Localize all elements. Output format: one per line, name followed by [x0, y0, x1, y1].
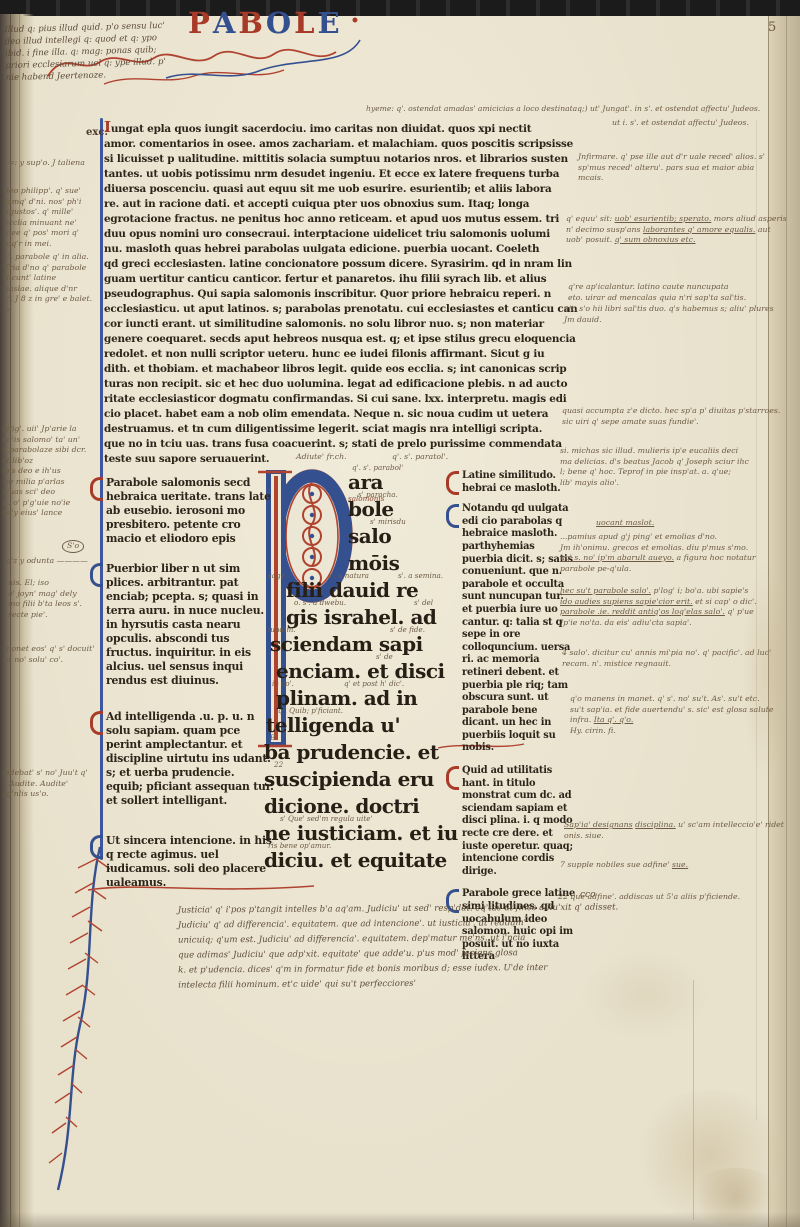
right-margin-note-line-segment: eto. uirar ad mencalas quia n'ri sap'ta … [568, 293, 746, 302]
right-margin-note-line: sp'mus reced' alteru'. pars sua et maior… [578, 163, 765, 174]
right-margin-note-line-segment: Sap'ia' designans [564, 820, 633, 829]
left-margin-note-line: tamq' d'ni. nos' ph'i [4, 197, 81, 208]
prologue-initial: I [104, 118, 111, 136]
interlinear-gloss: s' de fide. [390, 625, 425, 634]
title-letter-b: B [238, 6, 266, 40]
right-margin-note-line: uocant maslot. [596, 518, 654, 529]
left-margin-note-line-segment: tamq' d'ni. nos' ph'i [4, 197, 81, 206]
left-margin-note-line-segment: ag'nlis us'o. [2, 789, 48, 798]
prologue-line: redolet. et non nulli scriptor ueteru. h… [104, 347, 566, 362]
page-title-parabole: PABOLE • [188, 6, 362, 40]
left-margin-note-line: deo philipp'. q' sue' [4, 186, 81, 197]
prologue-line: ecclesiasticu. ut aput latinos. s; parab… [104, 302, 566, 317]
bottom-note-line-segment: equitatem. [362, 934, 409, 944]
interlinear-note-line: q'. s'. paratol'. [392, 452, 448, 463]
feather-flourish [38, 845, 118, 1195]
paraph-mark-blue [90, 835, 103, 859]
interlinear-note: q'. s'. paratol'. [392, 452, 448, 463]
left-margin-note-line: loq'r in mei. [4, 239, 81, 250]
right-margin-note-line: hec su't parabole salo'. p'log' i; bo'a.… [560, 586, 757, 597]
gloss-paragraph: Puerbior liber n ut sim plices. arbitran… [106, 562, 274, 688]
prologue-line: genere coequaret. secds aput hebreos nus… [104, 332, 566, 347]
gloss-paragraph: Ut sincera intencione. in his q recte ag… [106, 834, 274, 890]
left-margin-note-line-segment: no'is salomo' ta' un' [2, 435, 80, 444]
bottom-note-line-segment: iusticia'. [439, 918, 476, 928]
corner-annotation: Illud q: pius illud quid. p'o sensu luc'… [4, 20, 166, 84]
central-text: ba prudencie. et [264, 740, 439, 764]
jerome-prologue-block: Iungat epla quos iungit sacerdociu. imo … [104, 120, 566, 467]
right-margin-note: Sap'ia' designans disciplina. u' sc'am i… [564, 820, 784, 841]
right-margin-note-line-segment: mors aliud asperis [711, 214, 786, 223]
left-margin-note-line-segment: dc'y eius' lance [2, 508, 62, 517]
left-margin-note-line-segment: a parabolaze sibi dcr. [2, 445, 86, 454]
left-margin-note-line-segment: =: y sup'o. J taliena [8, 158, 85, 167]
right-margin-note-line-segment: uocant maslot. [596, 518, 654, 527]
interlinear-gloss: o. s'. a dwebu. [294, 598, 346, 607]
paraph-mark-red [446, 766, 459, 790]
left-margin-note-line-segment: Tria d'no q' parabole [4, 263, 86, 272]
right-margin-note-line: q' equu' sit: uob' esurientib; sperato. … [566, 214, 787, 225]
right-margin-note-line-segment: parabole .ie. reddit antiq'os loq'elas s… [560, 607, 725, 616]
bottom-note-line-segment: equitatem. [292, 919, 339, 929]
bottom-note-line-segment: que ad intencione'. ut [339, 919, 439, 930]
right-margin-note-line-segment: p'log' i; bo'a. ubi sapie's [651, 586, 748, 595]
right-margin-note: 7 supple nobiles sue adfine' sue. [560, 860, 688, 871]
folio-number: 5 [768, 20, 776, 35]
left-gloss-column: Parabole salomonis secd hebraica ueritat… [106, 476, 274, 890]
interlinear-note-line-segment: q'. s'. paratol'. [392, 452, 448, 461]
left-margin-note-line: S'o [67, 541, 79, 552]
left-margin-note-line-segment: mo filii b'ta leos s'. [8, 599, 82, 608]
interlinear-note-line: Adiute' fr.ch. [296, 452, 347, 463]
page-edge-line [786, 16, 787, 1227]
bottom-note-line-segment: que adde'u. p'us mod' faciens glosa [361, 948, 518, 959]
right-margin-note-line-segment: sue. [672, 860, 688, 869]
gloss-paragraph-text: Notandu qd uulgata edi cio parabolas q h… [462, 503, 573, 753]
right-margin-note-line-segment: su't sap'ia. et fide auertendu' s. sic' … [570, 705, 773, 714]
right-margin-note-line-segment: no' s. no' ip'm abarult aueyo. [560, 553, 674, 562]
left-margin-note-line-segment: et no' solu' co'. [4, 655, 63, 664]
title-letter-e: E [318, 6, 343, 40]
right-margin-note-line-segment: Hy. cirin. fi. [570, 726, 616, 735]
interlinear-gloss: B [270, 733, 275, 742]
left-margin-note-line: = [4, 305, 92, 316]
paraph-mark-blue [90, 563, 103, 587]
right-margin-note-line: sic uiri q' sepe amate suas fundie'. [562, 417, 780, 428]
prologue-line: ritate ecclesiasticor dogmatu confirmand… [104, 392, 566, 407]
right-margin-note-line-segment: n' decimo susp'ans [566, 225, 643, 234]
left-margin-note-line: dc'y eius' lance [2, 508, 86, 519]
right-gloss-column: Latine similitudo. hebrai ce masloth.Not… [462, 470, 576, 964]
right-margin-note-line-segment: l; bene q' hoc. Teprof in pie insp'at. a… [560, 467, 731, 476]
left-margin-note: uidebat' s' no' Juu't q''. Audite. Audit… [2, 768, 88, 800]
bottom-note-line-segment: Judiciu' [233, 950, 266, 960]
interlinear-gloss: s' del [414, 598, 433, 607]
central-text-line: sciendam sapiiundim.s' de fide. [262, 632, 458, 659]
gloss-paragraph: Quid ad utilitatis hant. in titulo monst… [462, 765, 576, 878]
bottom-note-line-segment: Judiciu' [178, 920, 211, 930]
right-margin-note-line-segment: parabole pe-q'ula. [560, 564, 631, 573]
right-margin-note-line-segment: q're ap'icalantur. latino caute nuncupat… [568, 282, 729, 291]
right-margin-note: uocant maslot. [596, 518, 654, 529]
left-margin-note-line: dicunt' latine [4, 273, 92, 284]
left-margin-note-line-segment: lois deo e ih'us [2, 466, 61, 475]
prologue-line: pseudographus. Qui sapia salomonis inscr… [104, 287, 566, 302]
right-margin-note-line-segment: ma delicias. d's beatus Jacob q' Joseph … [560, 457, 749, 466]
interlinear-gloss: iundim. [268, 625, 296, 634]
title-letter-a: A [213, 6, 239, 40]
right-margin-note-line-segment: Jnfirmare. q' pse ille aut d'r uale rece… [578, 152, 765, 161]
left-margin-note-line: recte pie'. [8, 610, 82, 621]
bottom-note-line-segment: unicuiq; q'um est. [178, 935, 259, 946]
prologue-line: re. aut in racione dati. et accepti cuiq… [104, 197, 566, 212]
central-text-line: telligenda u'q'. Quib; p'ficiant. [262, 713, 458, 740]
right-margin-note: Jnfirmare. q' pse ille aut d'r uale rece… [578, 152, 765, 184]
bottom-note-line-segment: que adp'xit. [266, 950, 323, 960]
central-text-line: salos' mirisdu [262, 524, 458, 551]
prologue-line: guam uertitur canticu canticor. fertur e… [104, 272, 566, 287]
right-margin-note-line: ut i. s'. et ostendat affectu' Judeos. [612, 118, 749, 129]
interlinear-gloss: s' mirisdu [370, 517, 406, 526]
right-margin-note-line: q'o manens in manet. q' s'. no' su't. As… [570, 694, 773, 705]
gloss-paragraph-text: Latine similitudo. hebrai ce masloth. [462, 470, 560, 494]
left-margin-note-line-segment: S'o [67, 541, 79, 550]
prologue-line: qd greci ecclesiasten. latine concionato… [104, 257, 566, 272]
left-margin-note-line-segment: q'uas sci' deo [2, 487, 55, 496]
gloss-paragraph: Parabole salomonis secd hebraica ueritat… [106, 476, 274, 546]
right-margin-note-line: eto. uirar ad mencalas quia n'ri sap'ta … [568, 293, 746, 304]
right-margin-note-line-segment: sic uiri q' sepe amate suas fundie'. [562, 417, 699, 426]
right-margin-note: q' equu' sit: uob' esurientib; sperato. … [566, 214, 787, 246]
right-margin-note-line: 22 que adfine'. addiscas ut 5'a aliis p'… [558, 892, 740, 903]
interlinear-gloss: 22 [274, 760, 283, 769]
right-margin-note-line-segment: onis. siue. [564, 831, 604, 840]
interlinear-gloss: q'. Quib; p'ficiant. [278, 706, 343, 715]
right-margin-note-line: Jm ih'onimu. grecos et emolias. diu p'mu… [560, 543, 756, 554]
right-margin-note-line: no' s. no' ip'm abarult aueyo. a figura … [560, 553, 756, 564]
paraph-mark-blue [446, 504, 459, 528]
prologue-line: dith. et thobiam. et machabeor libros le… [104, 362, 566, 377]
right-margin-note-line: n' decimo susp'ans laborantes q' amore e… [566, 225, 787, 236]
bottom-note-line-segment: Judiciu' ad differencia'. [259, 934, 360, 945]
left-margin-note-line: et no' solu' co'. [4, 655, 94, 666]
right-margin-note: 4 salo'. dicitur cu' annis mi'pia no'. q… [562, 648, 771, 669]
bottom-note-line-segment: intelecta filii hominum. et'c uide' qui … [178, 979, 416, 991]
left-margin-note-line-segment: o' joyn' mag' dely [8, 589, 77, 598]
prologue-line: duu opus nomini uro consecraui. interpta… [104, 227, 566, 242]
bottom-note-line-segment: Justicia' q' i'pos p'tangit intelles b'a… [178, 902, 619, 915]
left-margin-note-line-segment: loq'r in mei. [4, 239, 52, 248]
left-margin-note-line-segment: deo philipp'. q' sue' [4, 186, 81, 195]
bottom-note-line-segment: ut reddam' [476, 918, 526, 928]
bottom-note-line-segment: equitate' [322, 949, 360, 959]
interlinear-gloss: s' paracha. [358, 490, 398, 499]
right-margin-note-line-segment: hec su't parabole salo'. [560, 586, 651, 595]
left-margin-note: q'z y odunta ———— [6, 556, 88, 567]
title-letter-o: O [266, 6, 294, 40]
prologue-line: tantes. ut uobis potissimu nrm desudet i… [104, 167, 566, 182]
right-margin-note-line: Jnfirmare. q' pse ille aut d'r uale rece… [578, 152, 765, 163]
left-margin-note: dilig'. uii' Jp'arie lano'is salomo' ta'… [2, 424, 86, 519]
bottom-note-line-segment: k. et p'udencia. dices' q'm in formatur … [178, 963, 547, 976]
right-margin-note-line: ait. s'o hii libri sal'tis duo. q's habe… [564, 304, 774, 315]
left-margin-note-line: s'. o' p'g'uie no'ie [2, 498, 86, 509]
left-margin-note-line-segment: uidebat' s' no' Juu't q' [2, 768, 88, 777]
left-margin-note-line: ligustos'. q' mille' [4, 207, 81, 218]
right-margin-note-line-segment: 4 salo'. dicitur cu' annis mi'pia no'. q… [562, 648, 771, 657]
interlinear-note-line-segment: Adiute' fr.ch. [296, 452, 347, 461]
right-margin-note-line-segment: ido audies supiens sapie'cior erit. [560, 597, 693, 606]
bottom-note-line-segment: i'ncia [502, 933, 525, 943]
scan-background-strip [0, 0, 800, 16]
prologue-line: si licuisset p ualitudine. mittitis sola… [104, 152, 566, 167]
right-margin-note: q're ap'icalantur. latino caute nuncupat… [568, 282, 746, 303]
right-margin-note-line-segment: u' sc'am intelleccio'e' ridet [676, 820, 784, 829]
left-margin-note-line: q'z y odunta ———— [6, 556, 88, 567]
left-margin-note-line-segment: = [4, 305, 11, 314]
bottom-note-line-segment: que adimas' [178, 950, 233, 960]
prologue-line: egrotacione fractus. ne penitus hoc anno… [104, 212, 566, 227]
left-margin-note-line-segment: uis. El; iso [8, 578, 49, 587]
right-margin-note-line-segment: si. michas sic illud. mulieris ip'e euca… [560, 446, 738, 455]
bottom-note-line-segment: dep'matur me'ns. ut [409, 933, 502, 944]
interlinear-gloss: s'. a semina. [398, 571, 443, 580]
left-margin-note-line: dilig'. uii' Jp'arie la [2, 424, 86, 435]
interlinear-gloss: sage. [268, 571, 287, 580]
right-margin-note-line-segment: ...pamius apud g'j ping' et emolias d'no… [560, 532, 717, 541]
manuscript-page: PABOLE • 5 Illud q: pius illud quid. p'o… [0, 0, 800, 1227]
right-margin-note-line: recam. n'. mistice regnauit. [562, 659, 771, 670]
right-margin-note-line: onis. siue. [564, 831, 784, 842]
central-text: salo [348, 524, 391, 548]
gloss-paragraph-text: Ad intelligenda .u. p. u. n solu sapiam.… [106, 710, 274, 807]
left-margin-note: uis. El; isoo' joyn' mag' delymo filii b… [8, 578, 82, 620]
right-margin-note: quasi accumpta z'e dicto. hec sp'a p' di… [562, 406, 780, 427]
interlinear-gloss: s'. a natura [328, 571, 369, 580]
interlinear-heading-note: hyeme: q'. ostendat amadas' amicicias a … [366, 104, 798, 113]
prologue-line: nu. masloth quas hebrei parabolas uulgat… [104, 242, 566, 257]
right-margin-note-line-segment: Ita q'. q'o. [594, 715, 634, 724]
left-margin-note-line-segment: s'. parabole q' in alia. [4, 252, 89, 261]
left-margin-note-line: a parabolaze sibi dcr. [2, 445, 86, 456]
gloss-paragraph-text: Quid ad utilitatis hant. in titulo monst… [462, 765, 573, 877]
left-margin-note-line: uidebat' s' no' Juu't q' [2, 768, 88, 779]
right-margin-note-line-segment: laborantes q' amore equalis. [643, 225, 755, 234]
left-margin-note-line: lois deo e ih'us [2, 466, 86, 477]
right-margin-note: q'o manens in manet. q' s'. no' su't. As… [570, 694, 773, 736]
right-margin-note-line: parabole pe-q'ula. [560, 564, 756, 575]
central-text-line: diciu. et equitateris bene op'amur. [262, 848, 458, 875]
bottom-note-line-segment: q' ad differencia'. [211, 920, 292, 931]
gloss-paragraph-text: Parabole salomonis secd hebraica ueritat… [106, 476, 271, 545]
prologue-line: turas non recipit. sic et hec duo uolumi… [104, 377, 566, 392]
left-margin-note-line: no'is salomo' ta' un' [2, 435, 86, 446]
right-margin-note-line-segment: disciplina. [635, 820, 675, 829]
right-margin-note-line-segment: a figura hoc notatur [674, 553, 756, 562]
central-text: diciu. et equitate [264, 848, 447, 872]
interlinear-gloss: q' et post h' dic'. [344, 679, 404, 688]
right-margin-note-line-segment: mcais. [578, 173, 603, 182]
prologue-line: Iungat epla quos iungit sacerdociu. imo … [104, 120, 566, 137]
right-margin-note-line-segment: Jm dauid. [564, 315, 602, 324]
right-margin-note-line-segment: Jm ih'onimu. grecos et emolias. diu p'mu… [560, 543, 748, 552]
left-margin-note-line-segment: s'. o' p'g'uie no'ie [2, 498, 70, 507]
left-margin-note: S'o [62, 540, 84, 553]
left-margin-note-line-segment: s'. J 8 z in gre' e balet. [4, 294, 92, 303]
central-text-line: boles' paracha. [262, 497, 458, 524]
right-margin-note-line: 7 supple nobiles sue adfine' sue. [560, 860, 688, 871]
interlinear-gloss: ris bene op'amur. [268, 841, 331, 850]
right-margin-note-line-segment: q'o manens in manet. q' s'. no' su't. As… [570, 694, 760, 703]
left-margin-note-line-segment: naslae. alique d'nr [4, 284, 77, 293]
prologue-line: cio placet. habet eam a nob olim emendat… [104, 407, 566, 422]
left-margin-note-line-segment: monet eos' q' s' docuit' [4, 644, 94, 653]
left-margin-note: deo philipp'. q' sue'tamq' d'ni. nos' ph… [4, 186, 81, 249]
right-margin-note-line-segment: sp'mus reced' alteru'. pars sua et maior… [578, 163, 754, 172]
left-margin-note-line-segment: mee q' pos' mori q' [4, 228, 79, 237]
right-margin-note-line-segment: q' equu' sit: [566, 214, 615, 223]
gloss-paragraph: Latine similitudo. hebrai ce masloth. [462, 470, 576, 495]
left-margin-note-line-segment: ligustos'. q' mille' [4, 207, 73, 216]
right-margin-note-line-segment: lib' mayis alio'. [560, 478, 619, 487]
interlinear-gloss: q'. s'. parabol' [352, 463, 403, 472]
left-margin-note-line: s'. J 8 z in gre' e balet. [4, 294, 92, 305]
right-margin-note-line: Jm dauid. [564, 315, 774, 326]
right-margin-note: ut i. s'. et ostendat affectu' Judeos. [612, 118, 749, 129]
right-margin-note-line-segment: uob' esurientib; sperato. [615, 214, 712, 223]
left-margin-note-line: naslae. alique d'nr [4, 284, 92, 295]
left-margin-note: =: y sup'o. J taliena [8, 158, 85, 169]
central-text: telligenda u' [266, 713, 400, 737]
right-margin-note: 22 que adfine'. addiscas ut 5'a aliis p'… [558, 892, 740, 903]
right-margin-note-line-segment: q' sum obnoxius etc. [615, 235, 696, 244]
right-margin-note-line: l; bene q' hoc. Teprof in pie insp'at. a… [560, 467, 749, 478]
left-margin-note-line: monet eos' q' s' docuit' [4, 644, 94, 655]
right-margin-note-line-segment: 7 supple nobiles sue adfine' [560, 860, 672, 869]
right-margin-note-line: quasi accumpta z'e dicto. hec sp'a p' di… [562, 406, 780, 417]
right-margin-note-line-segment: recam. n'. mistice regnauit. [562, 659, 671, 668]
right-margin-note-line: 4 salo'. dicitur cu' annis mi'pia no'. q… [562, 648, 771, 659]
left-margin-note-line-segment: -ze milia p'arlas [2, 477, 65, 486]
left-margin-note-line-segment: dilig'. uii' Jp'arie la [2, 424, 77, 433]
prologue-line: amor. comentarios in osee. amos zacharia… [104, 137, 566, 152]
title-dot: • [343, 13, 363, 29]
parchment-stain [686, 1168, 786, 1226]
right-margin-note-line-segment: aut [755, 225, 770, 234]
right-margin-note-line: lib' mayis alio'. [560, 478, 749, 489]
gloss-paragraph: Notandu qd uulgata edi cio parabolas q h… [462, 503, 576, 755]
left-margin-note-line-segment: dicunt' latine [4, 273, 56, 282]
right-margin-note-line-segment: infra. [570, 715, 594, 724]
left-margin-note-line: o' joyn' mag' dely [8, 589, 82, 600]
parchment-crease [693, 980, 694, 1220]
right-margin-note-line: infra. Ita q'. q'o. [570, 715, 773, 726]
right-margin-note: ...pamius apud g'j ping' et emolias d'no… [560, 532, 756, 574]
left-margin-note-line: Tria d'no q' parabole [4, 263, 92, 274]
prologue-line: diuersa poscenciu. quasi aut equu sit me… [104, 182, 566, 197]
left-margin-note-line: uis. El; iso [8, 578, 82, 589]
paraph-mark-red [446, 471, 459, 495]
interlinear-note: Adiute' fr.ch. [296, 452, 347, 463]
gloss-paragraph-text: Puerbior liber n ut sim plices. arbitran… [106, 562, 264, 687]
right-margin-note-line: mcais. [578, 173, 765, 184]
gloss-paragraph-text: Ut sincera intencione. in his q recte ag… [106, 834, 272, 889]
right-margin-note-line-segment: ut i. s'. et ostendat affectu' Judeos. [612, 118, 749, 127]
central-text: suscipienda eru [264, 767, 434, 791]
left-margin-note-line-segment: et lib'oz [2, 456, 33, 465]
left-margin-note-line-segment: recte pie'. [8, 610, 48, 619]
right-margin-note: ait. s'o hii libri sal'tis duo. q's habe… [564, 304, 774, 325]
right-margin-note-line: Hy. cirin. fi. [570, 726, 773, 737]
bottom-note-line: Justicia' q' i'pos p'tangit intelles b'a… [178, 900, 619, 918]
right-margin-note-line-segment: Jp'ie no'ta. da eis' adiu'cta sapia'. [560, 618, 692, 627]
left-margin-note: monet eos' q' s' docuit'et no' solu' co'… [4, 644, 94, 665]
right-margin-note-line-segment: 22 que adfine'. addiscas ut 5'a aliis p'… [558, 892, 740, 901]
central-text-column: araq'. s'. parabol'salomonisboles' parac… [262, 470, 458, 875]
central-text: sciendam sapi [270, 632, 423, 656]
right-margin-note-line: Sap'ia' designans disciplina. u' sc'am i… [564, 820, 784, 831]
right-margin-note-line-segment: uob' posuit. [566, 235, 615, 244]
right-margin-note-line: Jp'ie no'ta. da eis' adiu'cta sapia'. [560, 618, 757, 629]
left-margin-note: s'. parabole q' in alia.Tria d'no q' par… [4, 252, 92, 315]
right-margin-note-line-segment: et si cap' o dic'. [693, 597, 757, 606]
left-margin-note-line-segment: q'z y odunta ———— [6, 556, 88, 565]
paraph-mark-red [90, 711, 103, 735]
interlinear-gloss: s' de [376, 652, 393, 661]
left-margin-note-line: q'uas sci' deo [2, 487, 86, 498]
right-margin-note-line: ...pamius apud g'j ping' et emolias d'no… [560, 532, 756, 543]
gloss-paragraph: Ad intelligenda .u. p. u. n solu sapiam.… [106, 710, 274, 808]
left-margin-note-line: s'. parabole q' in alia. [4, 252, 92, 263]
right-margin-note: hec su't parabole salo'. p'log' i; bo'a.… [560, 586, 757, 628]
left-margin-note-line: ag'nlis us'o. [2, 789, 88, 800]
title-letter-p: P [188, 6, 213, 40]
left-margin-note-line: -ze milia p'arlas [2, 477, 86, 488]
prologue-line: cor iuncti erant. ut similitudine salomo… [104, 317, 566, 332]
left-margin-note-line: '. Audite. Audite' [2, 779, 88, 790]
right-margin-note-line-segment: quasi accumpta z'e dicto. hec sp'a p' di… [562, 406, 780, 415]
title-letter-l: L [294, 6, 317, 40]
right-margin-note-line: ido audies supiens sapie'cior erit. et s… [560, 597, 757, 608]
left-margin-note-line-segment: ecclia minuant ne' [4, 218, 76, 227]
prologue-line: destruamus. et tn cum diligentissime leg… [104, 422, 566, 437]
right-margin-note-line-segment: ait. s'o hii libri sal'tis duo. q's habe… [564, 304, 774, 313]
left-margin-note-line: ecclia minuant ne' [4, 218, 81, 229]
right-margin-note-line: uob' posuit. q' sum obnoxius etc. [566, 235, 787, 246]
left-margin-note-line: mee q' pos' mori q' [4, 228, 81, 239]
central-text-line: suscipienda eru22 [262, 767, 458, 794]
right-margin-note-line: si. michas sic illud. mulieris ip'e euca… [560, 446, 749, 457]
left-margin-note-line: mo filii b'ta leos s'. [8, 599, 82, 610]
prologue-line: que no in tciu uas. trans fusa coacuerin… [104, 437, 566, 452]
left-margin-note-line: et lib'oz [2, 456, 86, 467]
right-margin-note-line: su't sap'ia. et fide auertendu' s. sic' … [570, 705, 773, 716]
left-margin-note-line: =: y sup'o. J taliena [8, 158, 85, 169]
right-margin-note-line: parabole .ie. reddit antiq'os loq'elas s… [560, 607, 757, 618]
central-text-line: ba prudencie. etB [262, 740, 458, 767]
right-margin-note-line-segment: q' p'ue [725, 607, 754, 616]
interlinear-gloss: in co'. [272, 679, 294, 688]
bottom-note-line: intelecta filii hominum. et'c uide' qui … [178, 975, 619, 993]
right-margin-note: si. michas sic illud. mulieris ip'e euca… [560, 446, 749, 488]
right-margin-note-line: ma delicias. d's beatus Jacob q' Joseph … [560, 457, 749, 468]
left-margin-note-line-segment: '. Audite. Audite' [2, 779, 68, 788]
right-margin-note-line: q're ap'icalantur. latino caute nuncupat… [568, 282, 746, 293]
bottom-annotation: Justicia' q' i'pos p'tangit intelles b'a… [178, 900, 619, 993]
interlinear-gloss: s' Que' sed'm regula uite' [280, 814, 372, 823]
paraph-mark-red [90, 477, 103, 501]
